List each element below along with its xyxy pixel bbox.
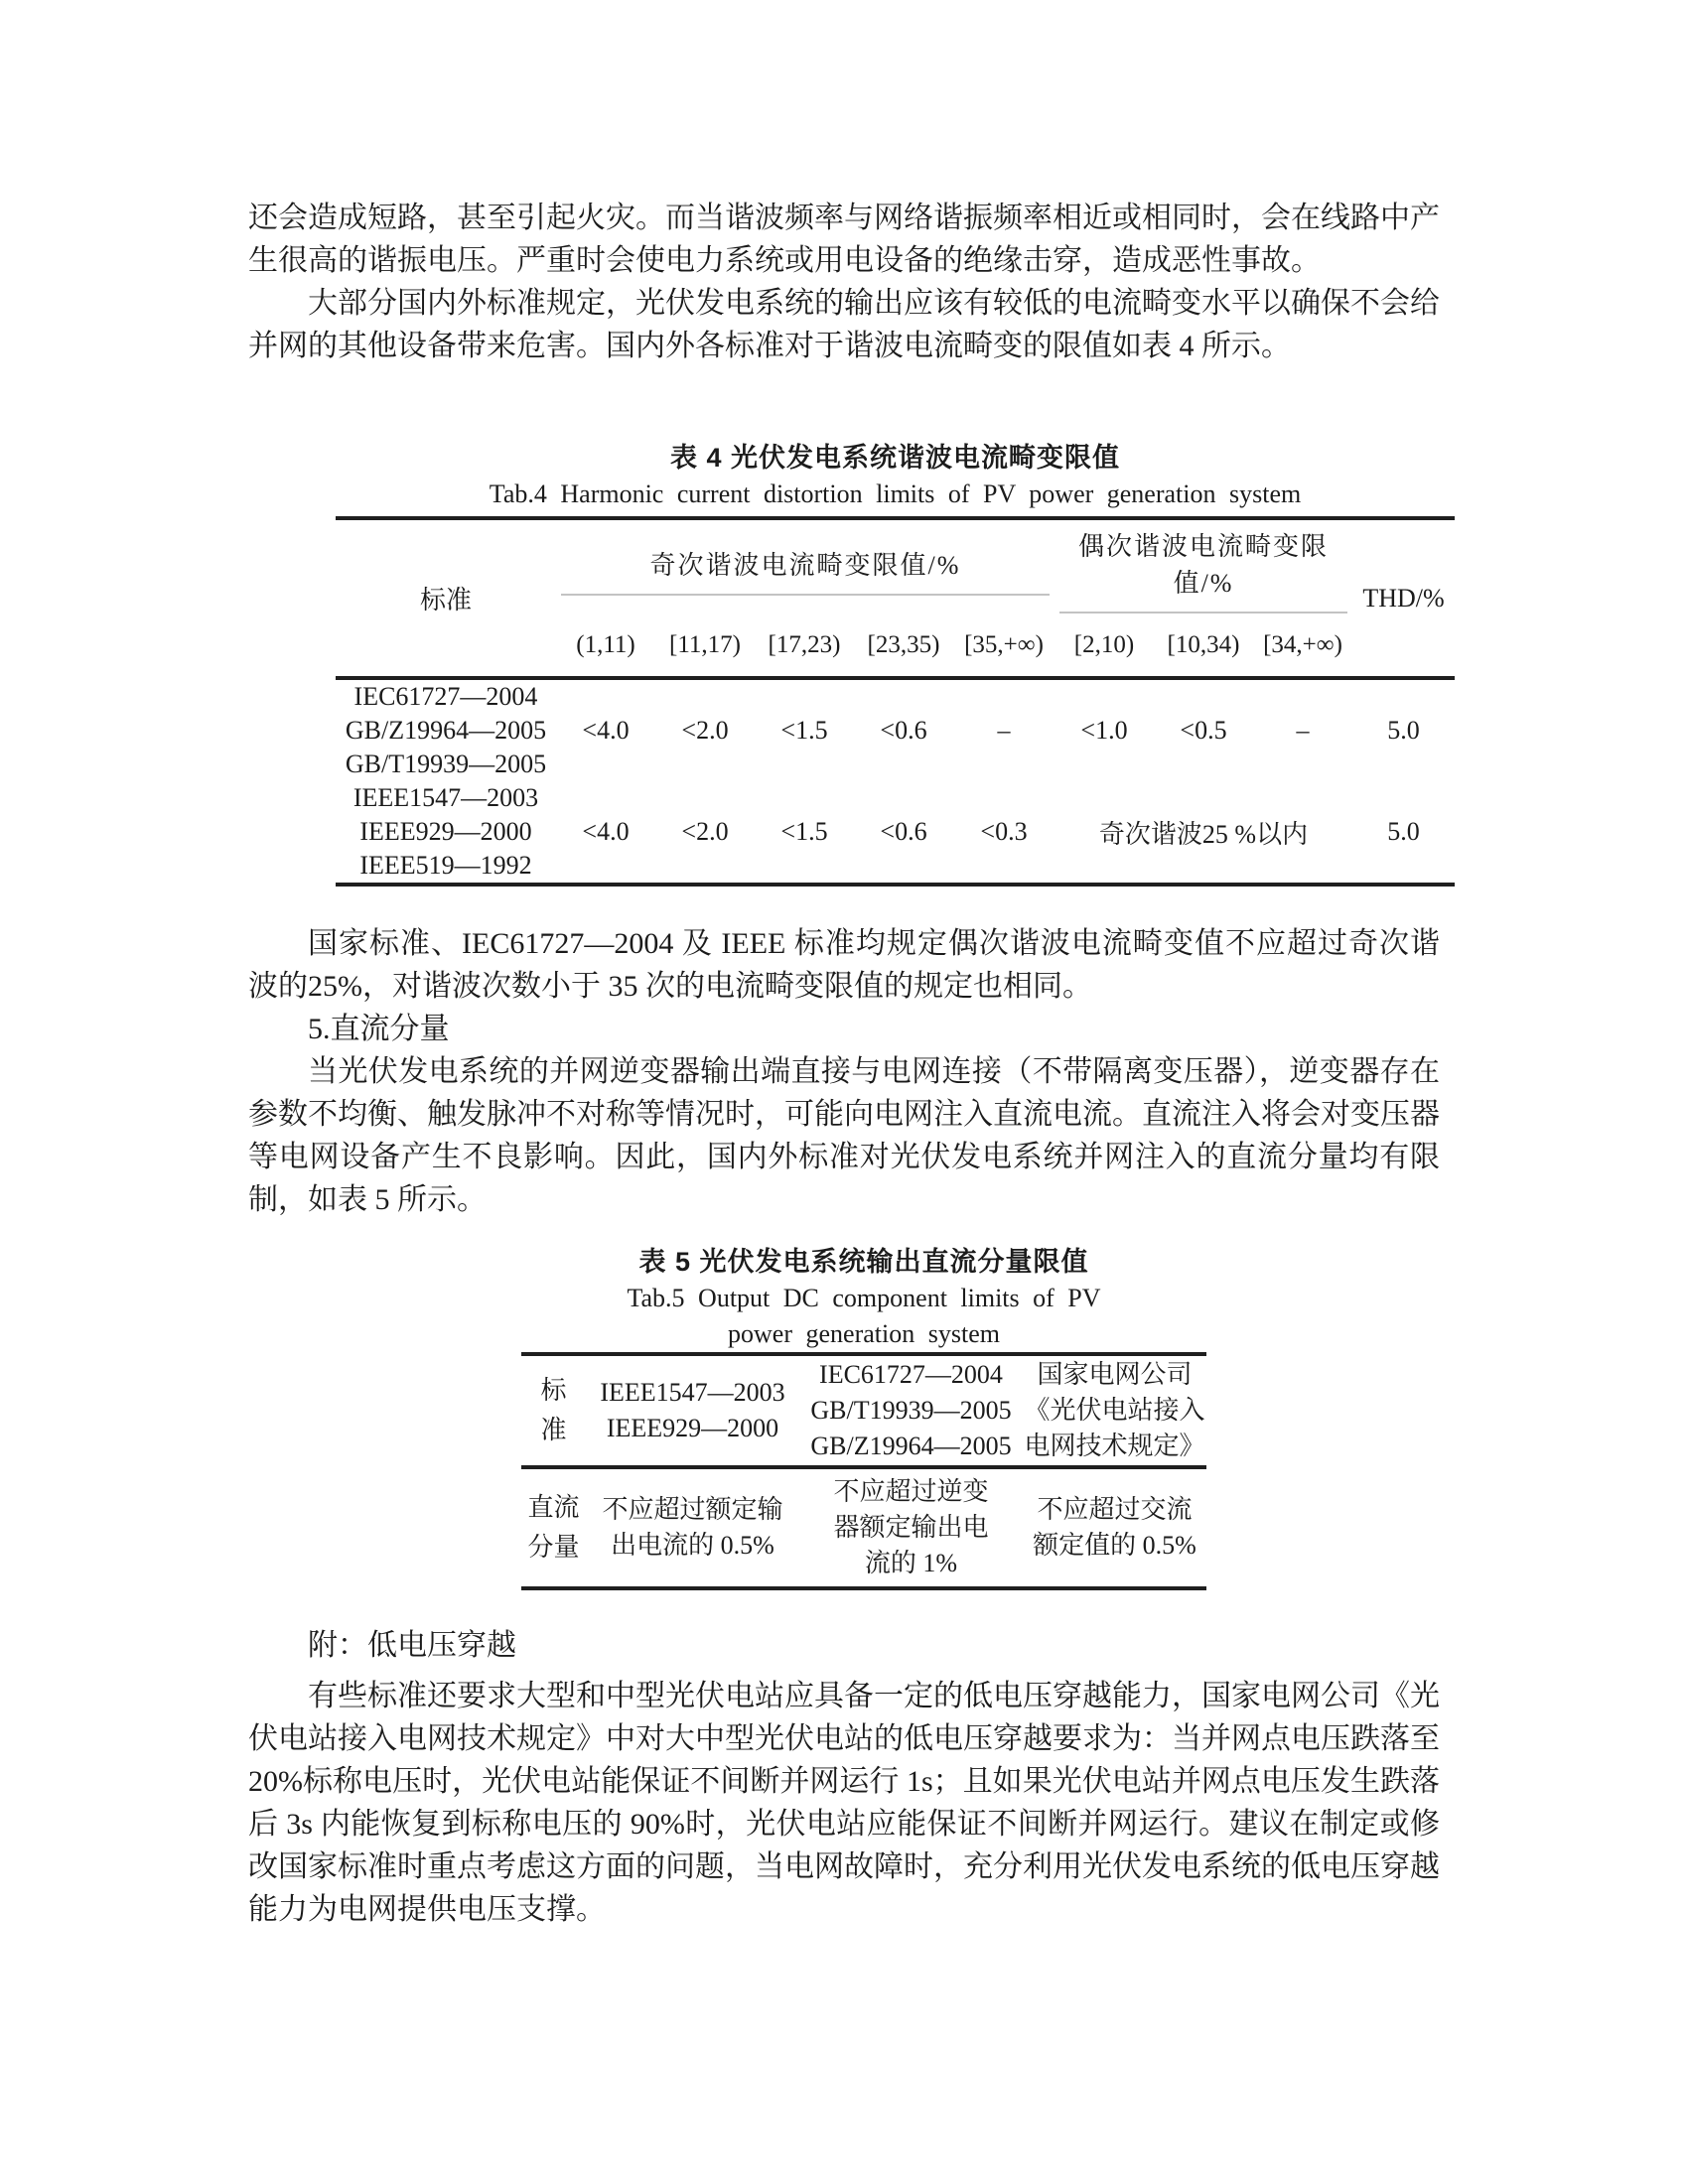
table4-header-standard: 标准 [336, 518, 556, 678]
paragraph-harmonic-hazard: 还会造成短路，甚至引起火灾。而当谐波频率与网络谐振频率相近或相同时，会在线路中产… [248, 197, 1440, 282]
table4-odd-group-label: 奇次谐波电流畸变限值/% [561, 539, 1050, 596]
table4-header-thd: THD/% [1352, 518, 1455, 678]
table4-value-cell: <4.0 [556, 678, 655, 781]
table4-header-odd-group: 奇次谐波电流畸变限值/% [556, 518, 1055, 614]
document-page: 还会造成短路，甚至引起火灾。而当谐波频率与网络谐振频率相近或相同时，会在线路中产… [0, 0, 1688, 2184]
table5-header-iec-gb: IEC61727—2004 GB/T19939—2005 GB/Z19964—2… [799, 1354, 1023, 1467]
table4-range-cell: [17,23) [755, 614, 854, 678]
table5-header-label: 标 准 [521, 1354, 586, 1467]
table4-value-cell: <2.0 [655, 781, 755, 885]
table4-range-cell: [2,10) [1055, 614, 1154, 678]
table4-even-note-cell: 奇次谐波25 %以内 [1055, 781, 1352, 885]
table4-caption: 表 4 光伏发电系统谐波电流畸变限值 Tab.4 Harmonic curren… [336, 439, 1455, 512]
table4-value-cell: – [1253, 678, 1352, 781]
paragraph-dc-injection: 当光伏发电系统的并网逆变器输出端直接与电网连接（不带隔离变压器），逆变器存在参数… [248, 1050, 1440, 1221]
table4-range-cell: [10,34) [1154, 614, 1253, 678]
table4-thd-cell: 5.0 [1352, 781, 1455, 885]
table5-header-sgcc: 国家电网公司 《光伏电站接入 电网技术规定》 [1023, 1354, 1206, 1467]
table4-even-group-label: 偶次谐波电流畸变限值/% [1059, 520, 1347, 614]
table4-title-zh: 表 4 光伏发电系统谐波电流畸变限值 [336, 439, 1455, 477]
table5-title-en-line2: power generation system [521, 1316, 1206, 1352]
table5-limit-cell: 不应超过逆变 器额定输出电 流的 1% [799, 1467, 1023, 1588]
table4-value-cell: <1.5 [755, 781, 854, 885]
table4-value-cell: – [953, 678, 1055, 781]
table4-value-cell: <1.0 [1055, 678, 1154, 781]
table5-row-label: 直流 分量 [521, 1467, 586, 1588]
table5-limit-cell: 不应超过额定输 出电流的 0.5% [586, 1467, 799, 1588]
heading-dc-component: 5.直流分量 [248, 1008, 1440, 1050]
table4-title-en: Tab.4 Harmonic current distortion limits… [336, 477, 1455, 512]
table4-value-cell: <0.6 [854, 678, 953, 781]
table5-title-zh: 表 5 光伏发电系统输出直流分量限值 [521, 1243, 1206, 1281]
heading-lvrt-attachment: 附：低电压穿越 [248, 1624, 1440, 1667]
table5-dc-component-limits: 标 准 IEEE1547—2003 IEEE929—2000 IEC61727—… [521, 1352, 1206, 1590]
table5-title-en-line1: Tab.5 Output DC component limits of PV [521, 1281, 1206, 1316]
table4-value-cell: <0.3 [953, 781, 1055, 885]
table4-value-cell: <1.5 [755, 678, 854, 781]
table4-range-cell: [34,+∞) [1253, 614, 1352, 678]
table5-header-ieee: IEEE1547—2003 IEEE929—2000 [586, 1354, 799, 1467]
table4-value-cell: <0.5 [1154, 678, 1253, 781]
paragraph-lvrt-requirements: 有些标准还要求大型和中型光伏电站应具备一定的低电压穿越能力，国家电网公司《光伏电… [248, 1675, 1440, 1931]
table5-header-row: 标 准 IEEE1547—2003 IEEE929—2000 IEC61727—… [521, 1354, 1206, 1467]
table4-range-cell: [35,+∞) [953, 614, 1055, 678]
table5-limit-cell: 不应超过交流 额定值的 0.5% [1023, 1467, 1206, 1588]
table4-value-cell: <4.0 [556, 781, 655, 885]
table4-thd-cell: 5.0 [1352, 678, 1455, 781]
table5-caption: 表 5 光伏发电系统输出直流分量限值 Tab.5 Output DC compo… [521, 1243, 1206, 1352]
table4-row-ieee: IEEE1547—2003 IEEE929—2000 IEEE519—1992 … [336, 781, 1455, 885]
table4-range-cell: (1,11) [556, 614, 655, 678]
table4-standards-cell: IEC61727—2004 GB/Z19964—2005 GB/T19939—2… [336, 678, 556, 781]
table5-data-row: 直流 分量 不应超过额定输 出电流的 0.5% 不应超过逆变 器额定输出电 流的… [521, 1467, 1206, 1588]
table4-range-cell: [23,35) [854, 614, 953, 678]
table4-value-cell: <0.6 [854, 781, 953, 885]
paragraph-standards-require: 大部分国内外标准规定，光伏发电系统的输出应该有较低的电流畸变水平以确保不会给并网… [248, 282, 1440, 367]
table4-range-cell: [11,17) [655, 614, 755, 678]
table4-harmonic-current-limits: 标准 奇次谐波电流畸变限值/% 偶次谐波电流畸变限值/% THD/% (1,11… [336, 516, 1455, 887]
paragraph-even-harmonic-rule: 国家标准、IEC61727—2004 及 IEEE 标准均规定偶次谐波电流畸变值… [248, 922, 1440, 1008]
table4-standards-cell: IEEE1547—2003 IEEE929—2000 IEEE519—1992 [336, 781, 556, 885]
table4-row-iec-gb: IEC61727—2004 GB/Z19964—2005 GB/T19939—2… [336, 678, 1455, 781]
table4-value-cell: <2.0 [655, 678, 755, 781]
table4-header-even-group: 偶次谐波电流畸变限值/% [1055, 518, 1352, 614]
